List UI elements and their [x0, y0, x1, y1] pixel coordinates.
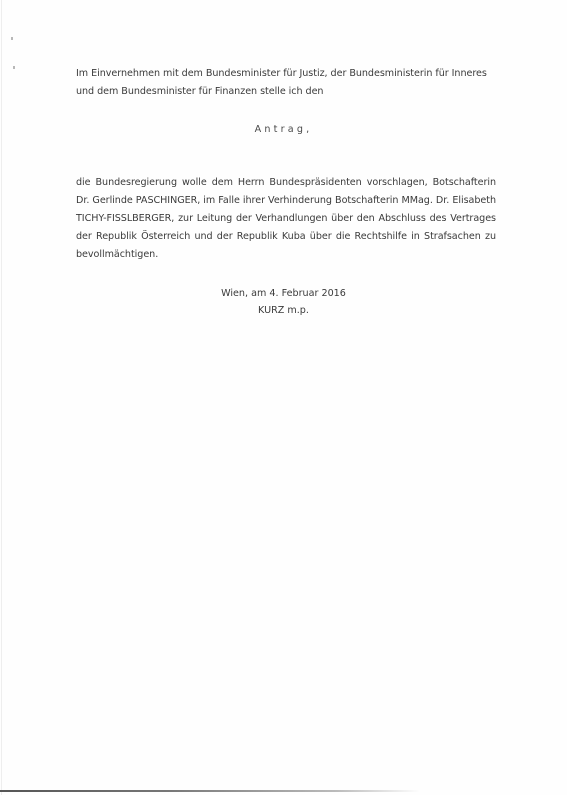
scan-shadow [0, 790, 420, 792]
signature: KURZ m.p. [0, 302, 567, 319]
intro-paragraph: Im Einvernehmen mit dem Bundesminister f… [76, 65, 496, 101]
scanned-page: Im Einvernehmen mit dem Bundesminister f… [0, 0, 567, 795]
scan-edge [1, 0, 2, 795]
body-paragraph: die Bundesregierung wolle dem Herrn Bund… [76, 174, 496, 264]
place-date: Wien, am 4. Februar 2016 [0, 285, 567, 302]
scan-mark [13, 66, 15, 69]
document-heading: Antrag, [0, 124, 567, 135]
scan-mark [11, 37, 13, 40]
signature-block: Wien, am 4. Februar 2016 KURZ m.p. [0, 285, 567, 319]
